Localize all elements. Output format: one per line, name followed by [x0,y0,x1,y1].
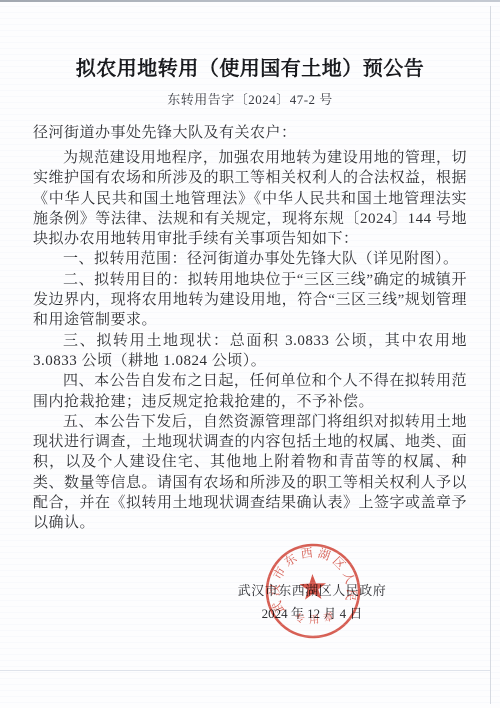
document-body: 为规范建设用地程序，加强农用地转为建设用地的管理，切实维护国有农场和所涉及的职工… [33,148,467,534]
seal-bottom-text: 专用章 [293,608,341,627]
paragraph-item-5: 五、本公告下发后，自然资源管理部门将组织对拟转用土地现状进行调查，土地现状调查的… [33,412,467,534]
notice-document: 拟农用地转用（使用国有土地）预公告 东转用告字〔2024〕47-2 号 径河街道… [0,0,500,708]
paragraph-intro: 为规范建设用地程序，加强农用地转为建设用地的管理，切实维护国有农场和所涉及的职工… [33,148,467,249]
paragraph-item-2: 二、拟转用目的：拟转用地块位于“三区三线”确定的城镇开发边界内，现将农用地转为建… [33,270,467,331]
paragraph-item-4: 四、本公告自发布之日起，任何单位和个人不得在拟转用范围内抢栽抢建；违反规定抢栽抢… [33,371,467,412]
official-seal: 武汉市东西湖区人民政府 专用章 [261,539,364,642]
star-icon [299,574,326,600]
seal-ring-text: 武汉市东西湖区人民政府 [261,539,359,616]
paragraph-item-3: 三、拟转用土地现状：总面积 3.0833 公顷，其中农用地 3.0833 公顷（… [33,331,467,372]
scan-top-edge-artifact [0,0,500,2]
document-number: 东转用告字〔2024〕47-2 号 [33,89,467,108]
svg-text:专用章: 专用章 [293,608,341,627]
scan-right-edge-artifact [490,6,491,704]
scan-bottom-line-artifact [0,670,490,671]
salutation-line: 径河街道办事处先锋大队及有关农户： [33,121,467,142]
svg-text:武汉市东西湖区人民政府: 武汉市东西湖区人民政府 [261,539,359,616]
document-title: 拟农用地转用（使用国有土地）预公告 [33,56,467,82]
paragraph-item-1: 一、拟转用范围：径河街道办事处先锋大队（详见附图）。 [33,249,467,269]
